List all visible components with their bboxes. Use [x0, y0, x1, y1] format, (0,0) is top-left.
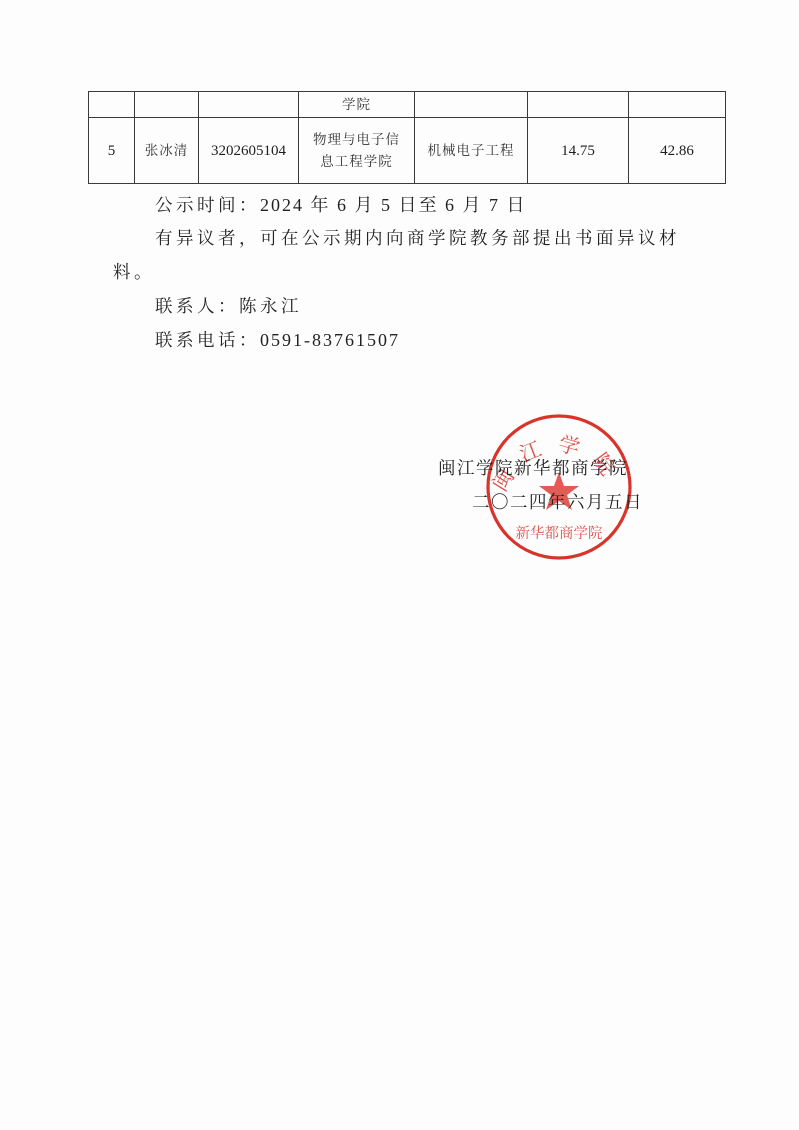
document-page: 学院 5 张冰清 3202605104 物理与电子信 息工程学院 机械电子工程 … — [0, 0, 799, 1130]
cell-score-b: 42.86 — [629, 118, 726, 184]
cell-major — [415, 92, 528, 118]
results-table: 学院 5 张冰清 3202605104 物理与电子信 息工程学院 机械电子工程 … — [88, 91, 726, 184]
notice-phone: 联系电话：0591-83761507 — [155, 327, 400, 352]
cell-student-id: 3202605104 — [199, 118, 299, 184]
table-row-continued: 学院 — [89, 92, 726, 118]
cell-college: 学院 — [299, 92, 415, 118]
period-value: 2024 年 6 月 5 日至 6 月 7 日 — [260, 195, 527, 215]
cell-name — [135, 92, 199, 118]
svg-text:新华都商学院: 新华都商学院 — [516, 525, 603, 542]
notice-contact: 联系人：陈永江 — [155, 293, 302, 318]
signature-date: 二〇二四年六月五日 — [472, 489, 643, 514]
phone-label: 联系电话： — [155, 331, 260, 351]
table-row: 5 张冰清 3202605104 物理与电子信 息工程学院 机械电子工程 14.… — [89, 118, 726, 184]
college-line-2: 息工程学院 — [299, 151, 414, 173]
official-seal-icon: 闽江学院 新华都商学院 — [484, 412, 634, 562]
cell-student-id — [199, 92, 299, 118]
college-line-1: 物理与电子信 — [299, 129, 414, 151]
signature-organization: 闽江学院新华都商学院 — [438, 455, 628, 480]
notice-objection-line-1: 有异议者，可在公示期内向商学院教务部提出书面异议材 — [155, 225, 680, 250]
cell-index: 5 — [89, 118, 135, 184]
cell-college: 物理与电子信 息工程学院 — [299, 118, 415, 184]
cell-score-b — [629, 92, 726, 118]
cell-name: 张冰清 — [135, 118, 199, 184]
cell-score-a — [528, 92, 629, 118]
notice-objection-line-2: 料。 — [113, 259, 155, 284]
cell-index — [89, 92, 135, 118]
contact-label: 联系人： — [155, 297, 239, 317]
phone-value: 0591-83761507 — [260, 330, 400, 350]
period-label: 公示时间： — [155, 196, 260, 216]
cell-major: 机械电子工程 — [415, 118, 528, 184]
cell-score-a: 14.75 — [528, 118, 629, 184]
notice-period: 公示时间：2024 年 6 月 5 日至 6 月 7 日 — [155, 191, 527, 217]
contact-name: 陈永江 — [239, 297, 302, 317]
